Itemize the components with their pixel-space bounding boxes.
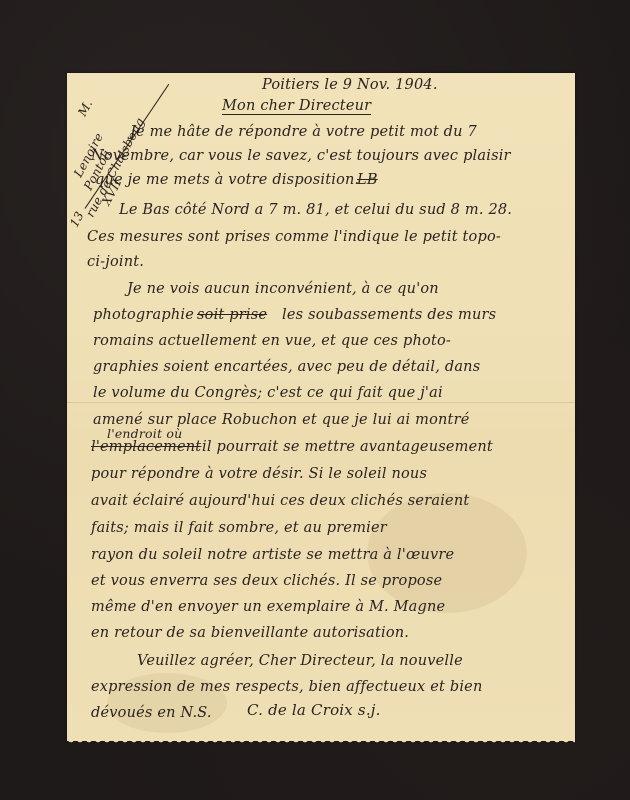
body-line: avait éclairé aujourd'hui ces deux clich…	[91, 493, 469, 509]
body-line: même d'en envoyer un exemplaire à M. Mag…	[91, 599, 445, 615]
place-date: Poitiers le 9 Nov. 1904.	[262, 77, 438, 93]
body-line: il pourrait se mettre avantageusement	[202, 439, 493, 455]
body-line: ci-joint.	[87, 254, 144, 270]
body-line: romains actuellement en vue, et que ces …	[93, 333, 451, 349]
crossed-mark: LB	[357, 172, 378, 188]
body-line: rayon du soleil notre artiste se mettra …	[91, 547, 454, 563]
closing-line: dévoués en N.S.	[91, 705, 212, 721]
signature: C. de la Croix s.j.	[247, 701, 381, 719]
body-line: et vous enverra ses deux clichés. Il se …	[91, 573, 442, 589]
salutation: Mon cher Directeur	[222, 98, 371, 115]
body-line: Je me hâte de répondre à votre petit mot…	[130, 124, 477, 140]
body-line: faits; mais il fait sombre, et au premie…	[91, 520, 387, 536]
body-line: Je ne vois aucun inconvénient, à ce qu'o…	[127, 281, 439, 297]
fold-crease	[67, 402, 575, 404]
body-line: graphies soient encartées, avec peu de d…	[93, 359, 480, 375]
body-line: les soubassements des murs	[282, 307, 496, 323]
margin-note-line: M.	[75, 97, 95, 118]
struck-text: l'emplacement	[91, 439, 201, 455]
body-line: pour répondre à votre désir. Si le solei…	[91, 466, 427, 482]
body-line: Ces mesures sont prises comme l'indique …	[87, 229, 501, 245]
closing-line: Veuillez agréer, Cher Directeur, la nouv…	[137, 653, 463, 669]
body-line: photographie	[93, 307, 194, 323]
letter-paper: M. Lenoire Pontoli rue de Chalsboug XVII…	[67, 73, 575, 741]
body-line: que je me mets à votre disposition.	[95, 172, 359, 188]
body-line: Le Bas côté Nord a 7 m. 81, et celui du …	[119, 202, 512, 218]
body-line: en retour de sa bienveillante autorisati…	[91, 625, 409, 641]
closing-line: expression de mes respects, bien affectu…	[91, 679, 482, 695]
body-line: le volume du Congrès; c'est ce qui fait …	[93, 385, 443, 401]
struck-text: soit prise	[197, 307, 267, 323]
body-line: Novembre, car vous le savez, c'est toujo…	[91, 148, 511, 164]
